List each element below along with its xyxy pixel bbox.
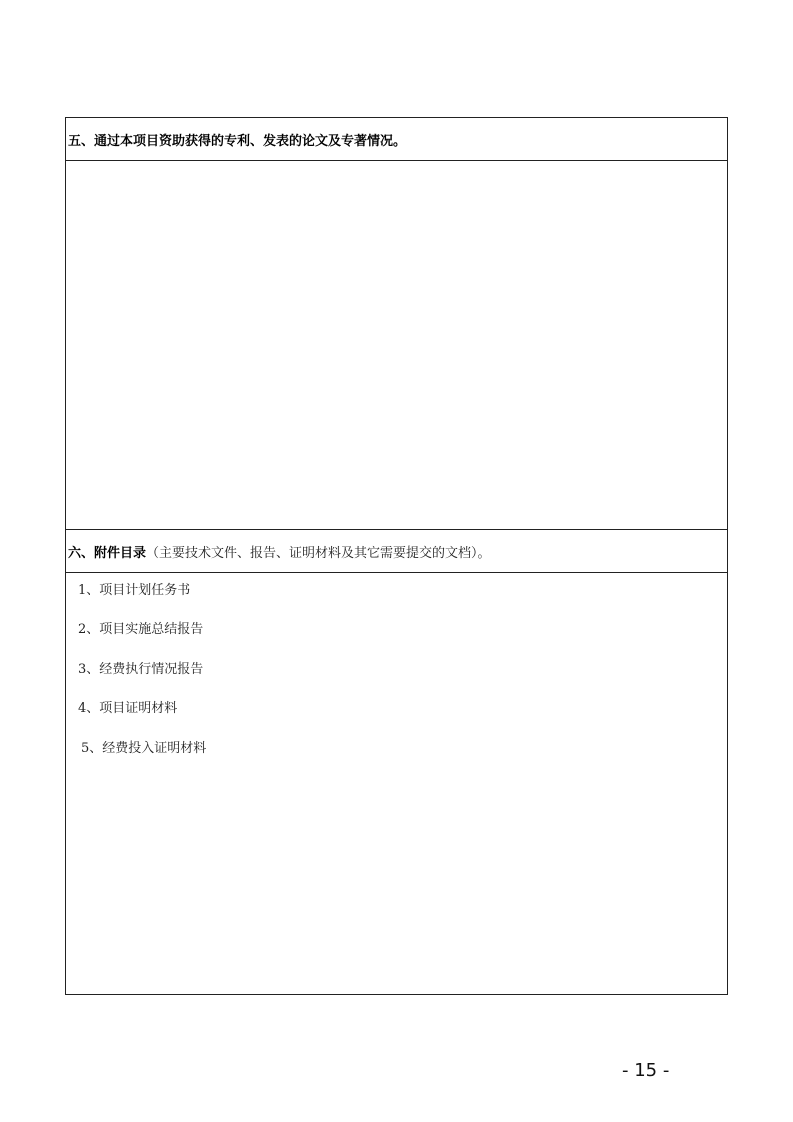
section6-content-area[interactable]: 1、项目计划任务书 2、项目实施总结报告 3、经费执行情况报告 4、项目证明材料… <box>66 573 727 994</box>
page-number: - 15 - <box>622 1060 669 1081</box>
section6-header: 六、附件目录（主要技术文件、报告、证明材料及其它需要提交的文档）。 <box>66 530 727 573</box>
attachment-item: 2、项目实施总结报告 <box>78 618 203 637</box>
attachment-item: 4、项目证明材料 <box>78 697 177 716</box>
section5-content-area[interactable] <box>66 161 727 530</box>
section5-title: 五、通过本项目资助获得的专利、发表的论文及专著情况。 <box>68 130 406 149</box>
form-table: 五、通过本项目资助获得的专利、发表的论文及专著情况。 六、附件目录（主要技术文件… <box>65 117 728 995</box>
section6-note: （主要技术文件、报告、证明材料及其它需要提交的文档）。 <box>146 542 491 561</box>
section6-title: 六、附件目录 <box>68 542 146 561</box>
attachment-item: 1、项目计划任务书 <box>78 579 190 598</box>
attachment-item: 5、经费投入证明材料 <box>81 737 206 756</box>
section5-header: 五、通过本项目资助获得的专利、发表的论文及专著情况。 <box>66 118 727 161</box>
attachment-item: 3、经费执行情况报告 <box>78 658 203 677</box>
